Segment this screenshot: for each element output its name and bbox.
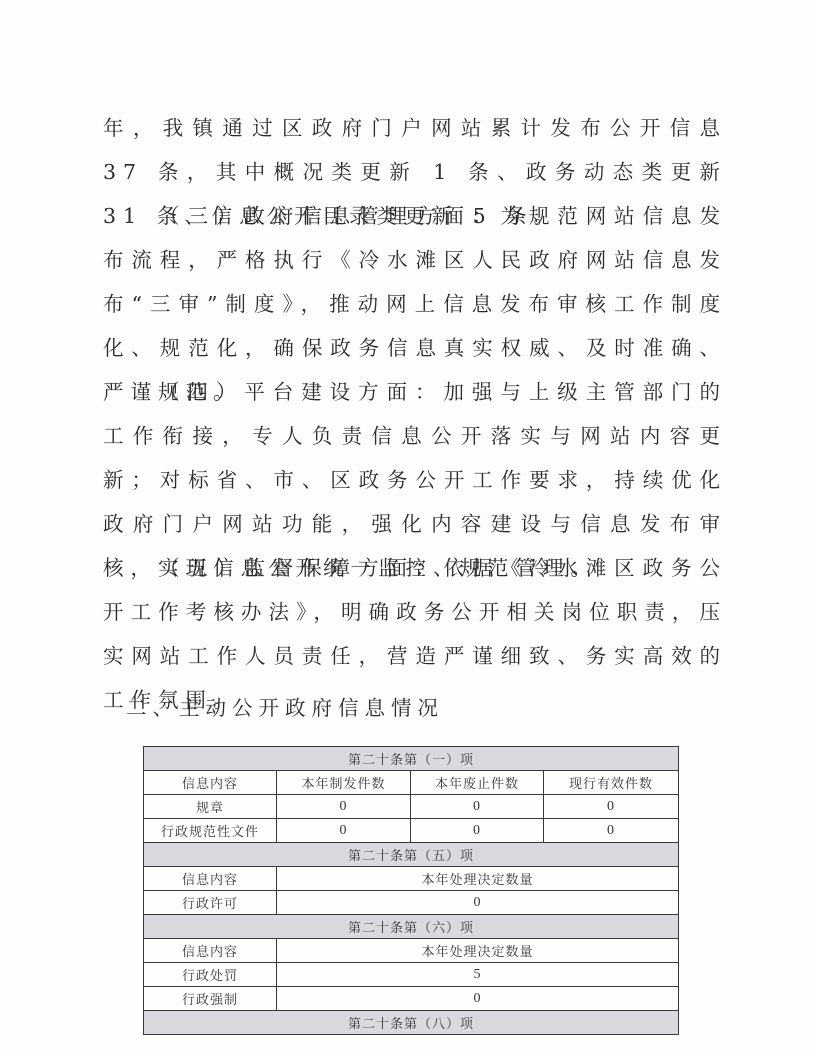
header-row: 信息内容 本年处理决定数量 xyxy=(144,939,679,963)
cell-value: 5 xyxy=(277,963,679,987)
header-row: 信息内容 本年制发件数 本年废止件数 现行有效件数 xyxy=(144,771,679,795)
section-row: 第二十条第（五）项 xyxy=(144,843,679,867)
cell-repealed: 0 xyxy=(411,819,544,843)
cell-issued: 0 xyxy=(277,795,411,819)
row-label: 行政强制 xyxy=(144,987,277,1011)
column-header: 本年处理决定数量 xyxy=(277,939,679,963)
row-label: 行政许可 xyxy=(144,891,277,915)
section-title: 第二十条第（八）项 xyxy=(144,1011,679,1035)
cell-repealed: 0 xyxy=(411,795,544,819)
header-row: 信息内容 本年处理决定数量 xyxy=(144,867,679,891)
row-label: 规章 xyxy=(144,795,277,819)
cell-valid: 0 xyxy=(544,819,679,843)
section-row: 第二十条第（六）项 xyxy=(144,915,679,939)
document-page: 年，我镇通过区政府门户网站累计发布公开信息 37 条，其中概况类更新 1 条、政… xyxy=(0,0,816,1056)
table-row: 规章 0 0 0 xyxy=(144,795,679,819)
column-header: 本年处理决定数量 xyxy=(277,867,679,891)
section-heading: 二、主动公开政府信息情况 xyxy=(126,688,444,728)
row-label: 行政处罚 xyxy=(144,963,277,987)
table-row: 行政许可 0 xyxy=(144,891,679,915)
section-title: 第二十条第（五）项 xyxy=(144,843,679,867)
table-row: 行政处罚 5 xyxy=(144,963,679,987)
disclosure-table: 第二十条第（一）项 信息内容 本年制发件数 本年废止件数 现行有效件数 规章 0… xyxy=(143,746,679,1035)
cell-value: 0 xyxy=(277,891,679,915)
column-header: 现行有效件数 xyxy=(544,771,679,795)
section-title: 第二十条第（一）项 xyxy=(144,747,679,771)
section-row: 第二十条第（一）项 xyxy=(144,747,679,771)
column-header: 本年制发件数 xyxy=(277,771,411,795)
table-row: 行政规范性文件 0 0 0 xyxy=(144,819,679,843)
section-title: 第二十条第（六）项 xyxy=(144,915,679,939)
section-row: 第二十条第（八）项 xyxy=(144,1011,679,1035)
row-label: 行政规范性文件 xyxy=(144,819,277,843)
column-header: 本年废止件数 xyxy=(411,771,544,795)
table-row: 行政强制 0 xyxy=(144,987,679,1011)
cell-value: 0 xyxy=(277,987,679,1011)
column-header: 信息内容 xyxy=(144,867,277,891)
column-header: 信息内容 xyxy=(144,771,277,795)
column-header: 信息内容 xyxy=(144,939,277,963)
cell-valid: 0 xyxy=(544,795,679,819)
cell-issued: 0 xyxy=(277,819,411,843)
